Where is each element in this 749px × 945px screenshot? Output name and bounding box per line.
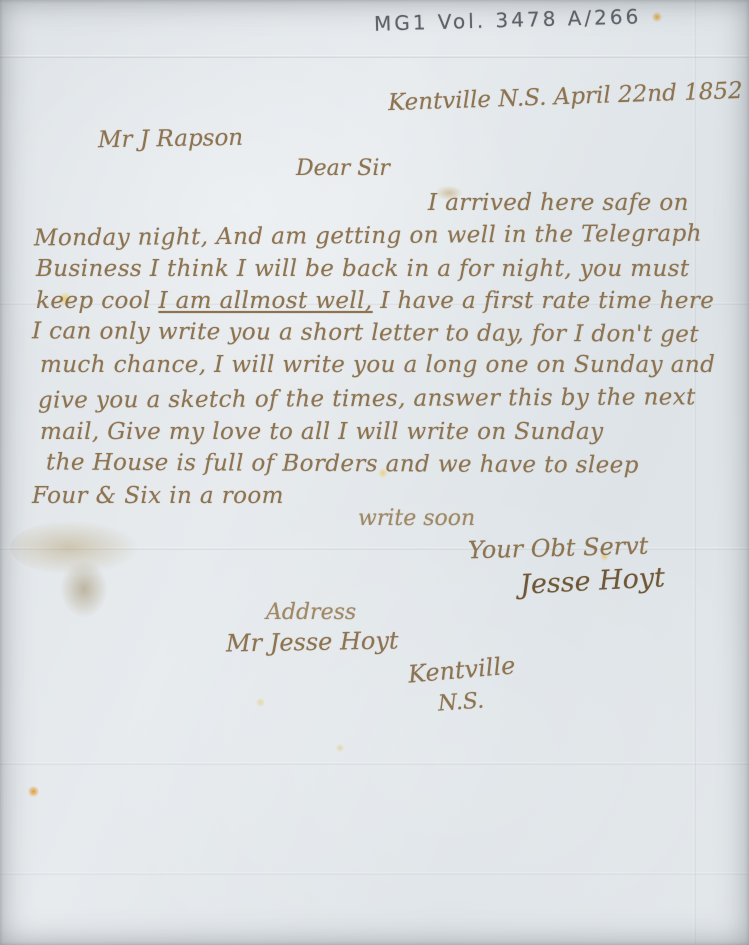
body-line-6: much chance, I will write you a long one… (40, 354, 715, 377)
fox-spot (652, 12, 662, 22)
body-line-7: give you a sketch of the times, answer t… (38, 386, 696, 412)
fold-crease (0, 55, 749, 58)
letter-dateline: Kentville N.S. April 22nd 1852 (388, 78, 743, 116)
letter-salutation: Dear Sir (296, 156, 390, 181)
body-line-9: the House is full of Borders and we have… (46, 451, 639, 477)
closing-write-soon: write soon (358, 506, 475, 531)
letter-recipient: Mr J Rapson (98, 125, 244, 154)
body-line-10: Four & Six in a room (32, 485, 284, 508)
body-line-4-underlined: I am allmost well, (158, 288, 372, 314)
fold-crease (693, 0, 696, 945)
body-line-4-post: I have a first rate time here (373, 288, 715, 314)
body-line-8: mail, Give my love to all I will write o… (40, 421, 604, 444)
address-name: Mr Jesse Hoyt (226, 626, 399, 657)
signature: Jesse Hoyt (519, 562, 665, 601)
address-province: N.S. (437, 688, 485, 716)
body-line-1: I arrived here safe on (428, 192, 689, 215)
fox-spot (28, 786, 39, 797)
fox-spot (336, 744, 344, 752)
fold-crease (0, 762, 749, 765)
body-line-4-pre: keep cool (36, 288, 158, 314)
body-line-5: I can only write you a short letter to d… (32, 320, 699, 346)
body-line-2: Monday night, And am getting on well in … (34, 223, 702, 251)
fold-crease (0, 872, 749, 875)
closing-valediction: Your Obt Servt (468, 532, 649, 565)
stain-blotch (60, 560, 108, 618)
fox-spot (256, 698, 265, 707)
body-line-4: keep cool I am allmost well, I have a fi… (36, 290, 714, 313)
address-label: Address (266, 600, 356, 625)
body-line-3: Business I think I will be back in a for… (36, 258, 690, 281)
archival-reference-annotation: MG1 Vol. 3478 A/266 (374, 4, 642, 35)
scanned-letter-page: MG1 Vol. 3478 A/266 Kentville N.S. April… (0, 0, 749, 945)
address-town: Kentville (407, 651, 516, 688)
stain-blotch (10, 520, 140, 575)
